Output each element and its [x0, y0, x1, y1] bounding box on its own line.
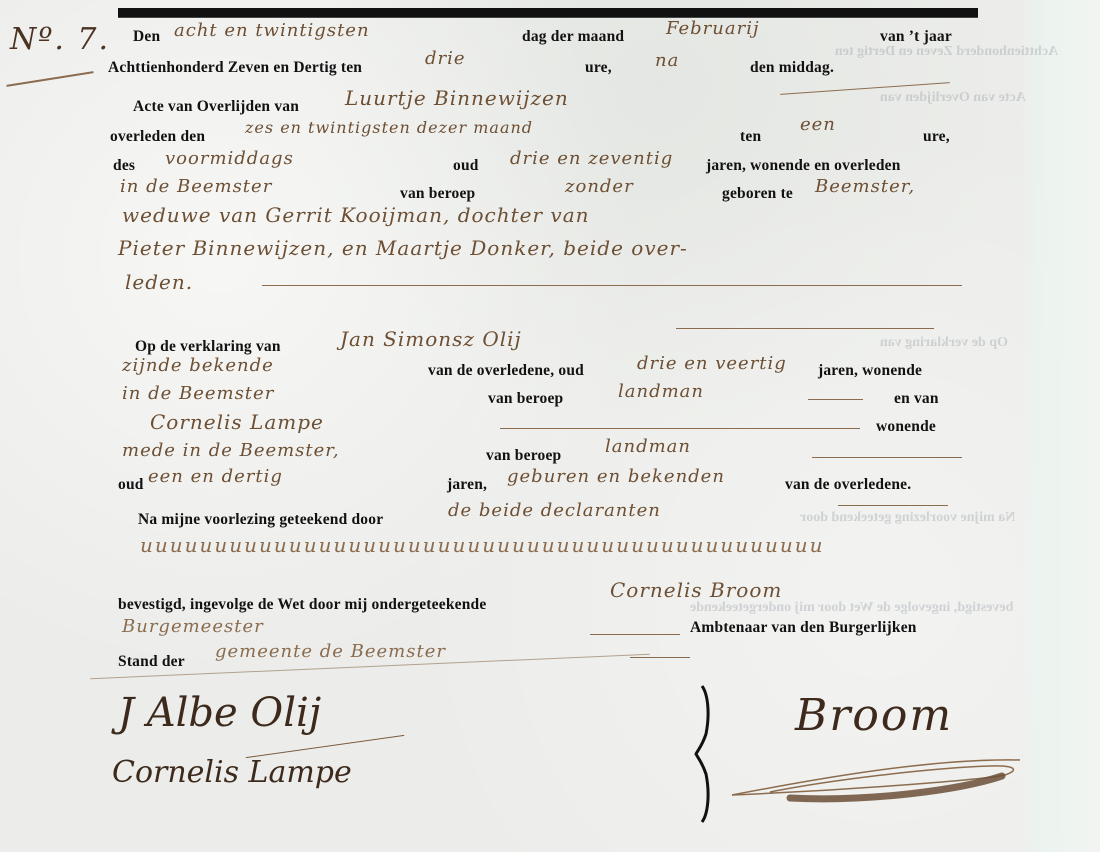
handwritten-official-name: Cornelis Broom: [610, 578, 782, 602]
fill-line: [500, 428, 860, 429]
handwritten-declarant2-name: Cornelis Lampe: [150, 410, 324, 434]
printed-van-beroep: van beroep: [400, 185, 475, 203]
fill-line: [262, 285, 962, 286]
printed-overleden-den: overleden den: [110, 128, 205, 146]
fill-line: [808, 399, 863, 400]
fill-line: [590, 634, 680, 635]
printed-stand-der: Stand der: [118, 653, 185, 671]
handwritten-occupation: zonder: [565, 176, 634, 197]
printed-van-beroep-3: van beroep: [486, 447, 561, 465]
printed-en-van: en van: [894, 390, 939, 408]
printed-year: Achttienhonderd Zeven en Dertig ten: [108, 59, 362, 77]
handwritten-declarant1-occupation: landman: [618, 381, 704, 402]
handwritten-hour: drie: [425, 48, 466, 69]
handwritten-deceased-name: Luurtje Binnewijzen: [345, 86, 569, 110]
signature-declarant2: Cornelis Lampe: [112, 755, 352, 790]
bleed-through-text: Na mijne voorlezing geteekend door: [800, 510, 1015, 526]
printed-oud: oud: [453, 157, 479, 175]
printed-van-beroep-2: van beroep: [488, 390, 563, 408]
printed-den: Den: [133, 28, 160, 46]
signature-flourish-icon: [730, 740, 1030, 810]
page-edge: [1020, 0, 1100, 852]
bleed-through-text: Achttienhonderd Zeven en Dertig ten: [835, 44, 1058, 60]
handwritten-declarant1-age: drie en veertig: [637, 353, 787, 374]
handwritten-official-title: Burgemeester: [122, 616, 264, 637]
record-number-underline: [6, 71, 93, 87]
fill-line: [812, 457, 962, 458]
handwritten-birthplace: Beemster,: [815, 176, 915, 197]
printed-bevestigd: bevestigd, ingevolge de Wet door mij ond…: [118, 596, 486, 614]
printed-van-t-jaar: van ’t jaar: [880, 28, 952, 46]
handwritten-declarant1-name: Jan Simonsz Olij: [340, 327, 522, 351]
fill-line: [676, 328, 934, 329]
handwritten-declarant2-residence: mede in de Beemster,: [122, 440, 340, 461]
handwritten-part-of-day: voormiddags: [165, 148, 294, 169]
handwritten-died-hour: een: [800, 114, 836, 135]
printed-na-mijne-voorlezing: Na mijne voorlezing geteekend door: [138, 511, 383, 529]
handwritten-declarant1-residence: in de Beemster: [122, 383, 274, 404]
fill-line: [838, 505, 948, 506]
handwritten-declarant2-age: een en dertig: [148, 466, 283, 487]
handwritten-declarant2-relation: geburen en bekenden: [507, 466, 725, 487]
fill-line: [630, 657, 690, 658]
printed-jaren: jaren,: [447, 476, 487, 494]
record-number-text: Nº. 7.: [10, 22, 110, 57]
handwritten-age: drie en zeventig: [510, 148, 673, 169]
printed-des: des: [113, 157, 135, 175]
brace-icon: [680, 684, 720, 824]
handwritten-month: Februarij: [666, 18, 760, 39]
document-page: { "document": { "type": "Acte van Overli…: [0, 0, 1100, 852]
handwritten-relation-line: weduwe van Gerrit Kooijman, dochter van: [122, 203, 590, 227]
printed-oud-2: oud: [118, 476, 144, 494]
handwritten-time-relation: na: [655, 50, 679, 71]
printed-jaren-wonende-2: jaren, wonende: [818, 362, 922, 380]
bleed-through-text: Op de verklaring van: [880, 335, 1008, 351]
handwritten-parents-line-end: leden.: [125, 270, 193, 294]
printed-van-de-overledene-oud: van de overledene, oud: [428, 362, 584, 380]
printed-acte: Acte van Overlijden van: [133, 98, 299, 116]
printed-den-middag: den middag.: [750, 59, 834, 77]
signature-declarant1: J Albe Olij: [118, 690, 321, 736]
printed-ten: ten: [740, 128, 761, 146]
handwritten-died-on: zes en twintigsten dezer maand: [245, 118, 533, 137]
handwritten-declarant2-occupation: landman: [605, 436, 691, 457]
printed-ambtenaar: Ambtenaar van den Burgerlijken: [690, 619, 917, 637]
bleed-through-text: bevestigd, ingevolge de Wet door mij ond…: [690, 600, 1013, 616]
handwritten-municipality: gemeente de Beemster: [215, 641, 446, 662]
signature-official: Broom: [795, 690, 953, 741]
bleed-through-text: Acte van Overlijden van: [880, 90, 1026, 106]
handwritten-parents-line: Pieter Binnewijzen, en Maartje Donker, b…: [118, 236, 688, 260]
handwritten-declarant1-relation: zijnde bekende: [122, 355, 274, 376]
printed-jaren-wonende: jaren, wonende en overleden: [706, 157, 901, 175]
printed-op-de-verklaring: Op de verklaring van: [135, 338, 281, 356]
handwritten-day: acht en twintigsten: [174, 20, 370, 41]
handwritten-residence: in de Beemster: [120, 176, 272, 197]
handwritten-signed-by: de beide declaranten: [448, 500, 661, 521]
printed-van-de-overledene: van de overledene.: [785, 476, 911, 494]
printed-dag-der-maand: dag der maand: [522, 28, 624, 46]
printed-ure-2: ure,: [923, 128, 950, 146]
printed-wonende: wonende: [876, 418, 936, 436]
printed-geboren-te: geboren te: [722, 185, 793, 203]
record-number: Nº. 7.: [10, 22, 110, 57]
fill-flourish: uuuuuuuuuuuuuuuuuuuuuuuuuuuuuuuuuuuuuuuu…: [140, 533, 825, 557]
top-rule: [118, 8, 978, 18]
printed-ure: ure,: [585, 59, 612, 77]
